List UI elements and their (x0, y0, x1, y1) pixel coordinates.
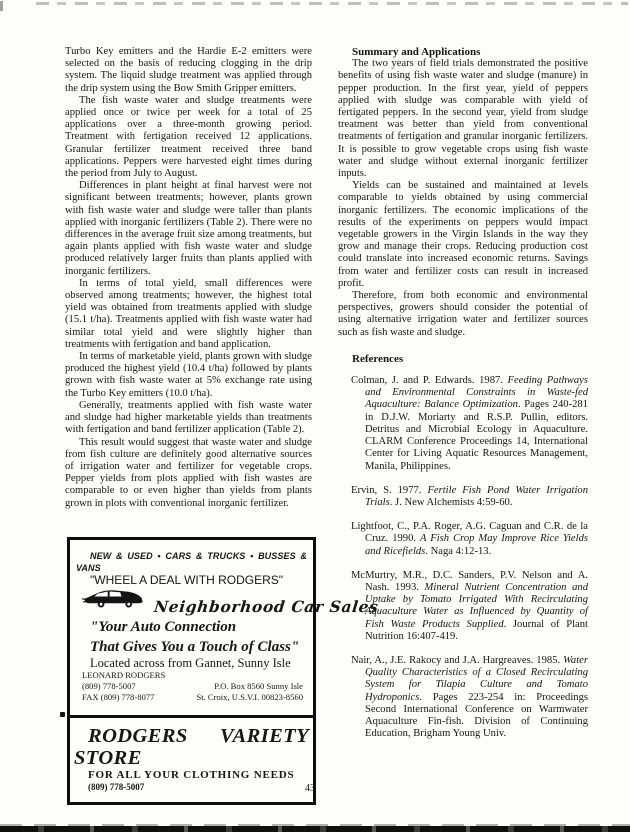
body-paragraph: The fish waste water and sludge treatmen… (65, 95, 312, 180)
scan-artifact-corner (0, 1, 3, 11)
ad-contact-block: LEONARD RODGERS (809) 778-5007 FAX (809)… (76, 670, 307, 709)
ad-tagline-line1: "Your Auto Connection (76, 617, 307, 637)
reference-authors: Colman, J. and P. Edwards. 1987. (351, 375, 508, 386)
body-paragraph: Turbo Key emitters and the Hardie E-2 em… (65, 46, 312, 95)
summary-paragraphs: The two years of field trials demonstrat… (338, 58, 588, 339)
reference-entry: Nair, A., J.E. Rakocy and J.A. Hargreave… (338, 655, 588, 740)
scan-artifact-bottom (0, 826, 630, 832)
reference-details: . J. New Alchemists 4:59-60. (390, 497, 513, 508)
scanned-page: Turbo Key emitters and the Hardie E-2 em… (0, 0, 630, 832)
body-paragraph: Therefore, from both economic and enviro… (338, 290, 588, 339)
advertisement-box: NEW & USED • CARS & TRUCKS • BUSSES & VA… (67, 537, 316, 805)
body-paragraph: Generally, treatments applied with fish … (65, 400, 312, 437)
car-sales-ad: NEW & USED • CARS & TRUCKS • BUSSES & VA… (70, 540, 313, 715)
reference-details: . Naga 4:12-13. (425, 546, 491, 557)
scan-artifact-top (36, 2, 628, 5)
ad-slogan: "WHEEL A DEAL WITH RODGERS" (76, 574, 307, 586)
ad-top-line: NEW & USED • CARS & TRUCKS • BUSSES & VA… (76, 550, 307, 574)
page-number: 43 (0, 783, 620, 795)
body-paragraph: This result would suggest that waste wat… (65, 437, 312, 510)
reference-entry: Colman, J. and P. Edwards. 1987. Feeding… (338, 375, 588, 473)
ad-tagline-line2: That Gives You a Touch of Class" (76, 637, 307, 657)
body-paragraph: Differences in plant height at final har… (65, 180, 312, 278)
ad-phone: (809) 778-5007 (82, 681, 165, 692)
store-tagline: FOR ALL YOUR CLOTHING NEEDS (74, 769, 309, 781)
body-paragraph: The two years of field trials demonstrat… (338, 58, 588, 180)
ad-po-box: P.O. Box 8560 Sunny Isle (196, 681, 303, 692)
references-heading: References (338, 353, 588, 365)
ad-location: Located across from Gannet, Sunny Isle (76, 657, 307, 669)
ad-fax: FAX (809) 778-8077 (82, 692, 165, 703)
car-icon (82, 586, 144, 609)
ad-contact-left: LEONARD RODGERS (809) 778-5007 FAX (809)… (82, 670, 165, 703)
left-column: Turbo Key emitters and the Hardie E-2 em… (65, 46, 312, 805)
ad-address: St. Croix, U.S.V.I. 00823-8560 (196, 692, 303, 703)
scan-artifact-dot (60, 712, 65, 717)
body-paragraph: In terms of total yield, small differenc… (65, 278, 312, 351)
right-column: Summary and Applications The two years o… (338, 46, 588, 805)
body-paragraph: In terms of marketable yield, plants gro… (65, 351, 312, 400)
reference-entry: Lightfoot, C., P.A. Roger, A.G. Caguan a… (338, 521, 588, 558)
ad-car-row: Neighborhood Car Sales (82, 586, 307, 613)
reference-entry: Ervin, S. 1977. Fertile Fish Pond Water … (338, 485, 588, 509)
ad-business-name: Neighborhood Car Sales (153, 601, 379, 613)
summary-heading: Summary and Applications (338, 46, 588, 58)
reference-authors: Ervin, S. 1977. (351, 485, 427, 496)
body-paragraph: Yields can be sustained and maintained a… (338, 180, 588, 290)
ad-contact-right: P.O. Box 8560 Sunny Isle St. Croix, U.S.… (196, 670, 303, 703)
store-name: RODGERS VARIETY STORE (74, 725, 309, 769)
reference-authors: Nair, A., J.E. Rakocy and J.A. Hargreave… (351, 655, 563, 666)
two-column-layout: Turbo Key emitters and the Hardie E-2 em… (65, 46, 588, 805)
ad-contact-name: LEONARD RODGERS (82, 670, 165, 681)
